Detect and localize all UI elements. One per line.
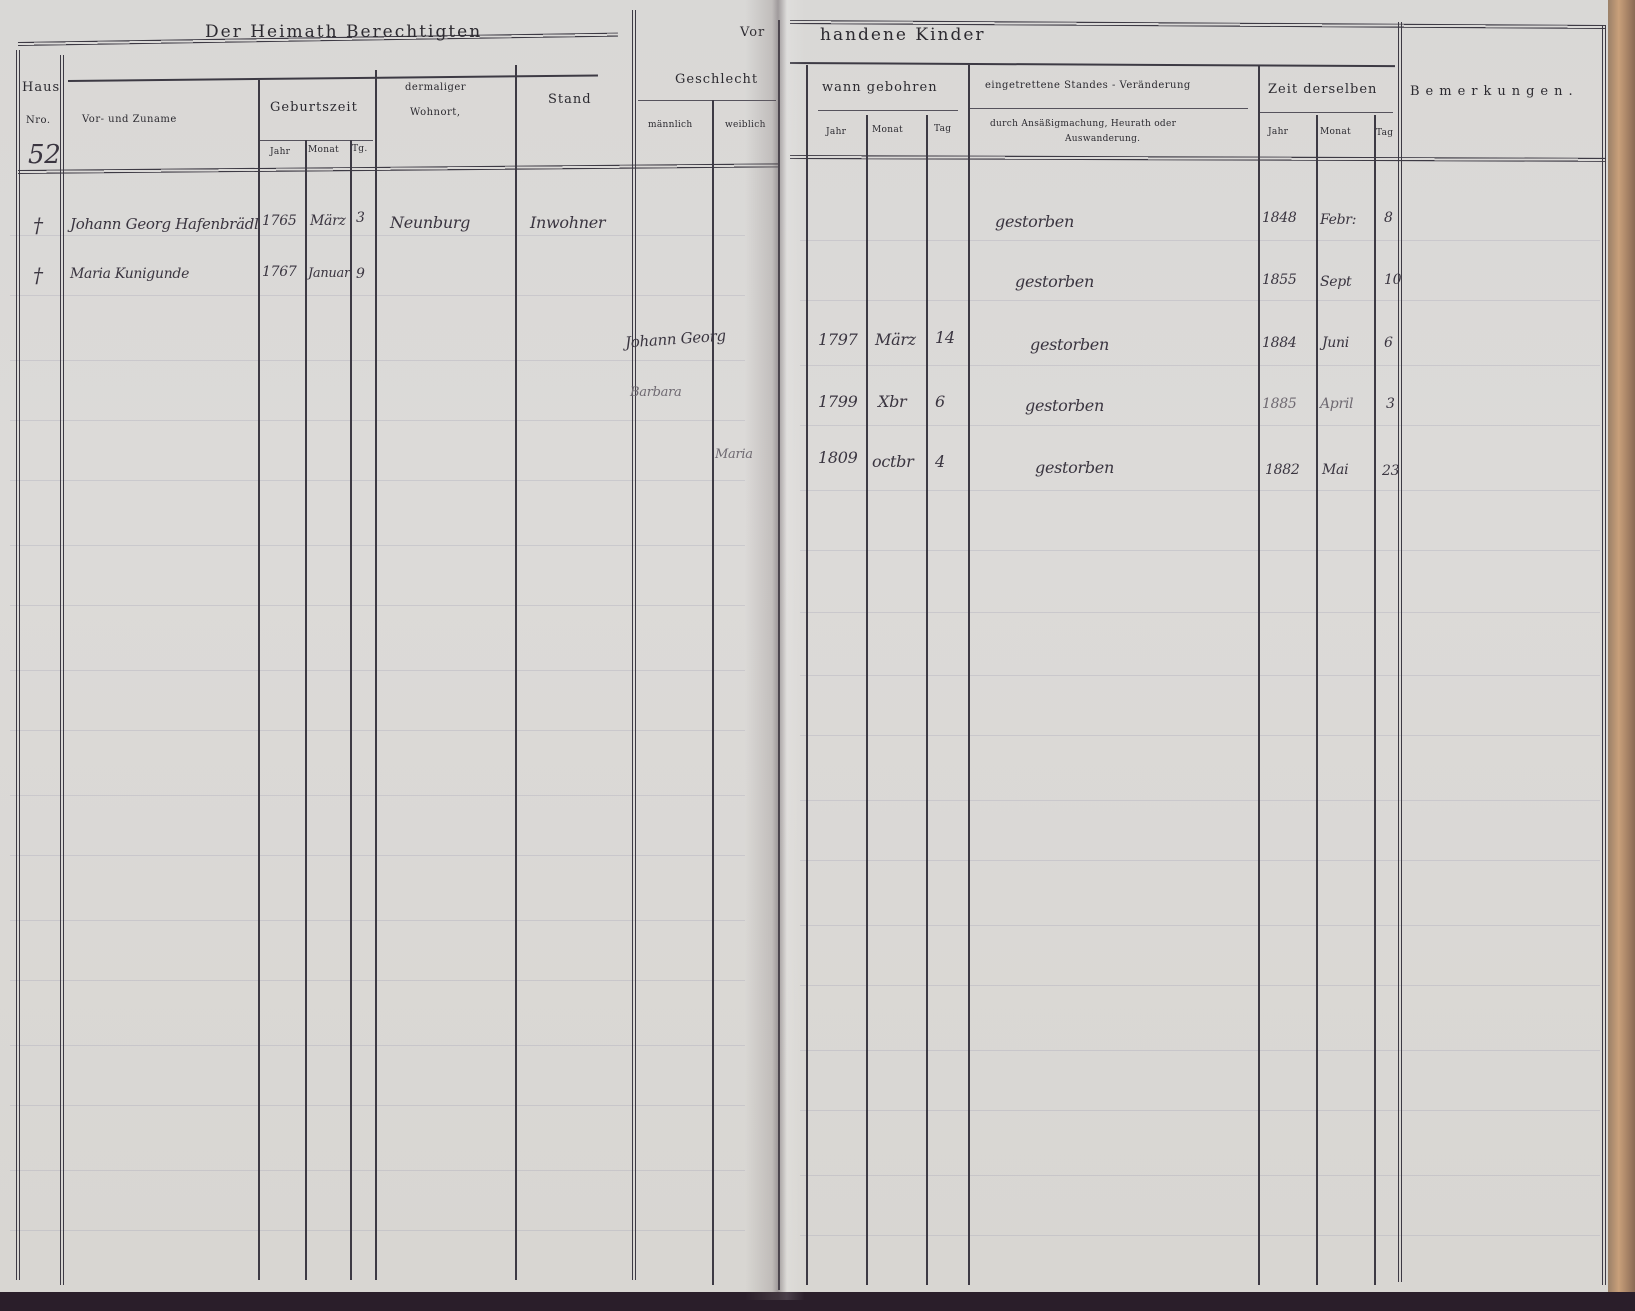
change-year: 1885: [1262, 396, 1296, 412]
header-birth-day: Tg.: [352, 144, 368, 154]
header-male: männlich: [648, 120, 693, 130]
change-month: Sept: [1320, 274, 1351, 290]
born-month: März: [875, 330, 916, 349]
change-text: gestorben: [995, 212, 1074, 231]
header-time-day: Tag: [1376, 128, 1393, 138]
change-text: gestorben: [1030, 335, 1109, 354]
entry-name: Maria Kunigunde: [70, 266, 189, 282]
death-mark: †: [33, 263, 43, 287]
change-text: gestorben: [1035, 458, 1114, 477]
change-month: Juni: [1322, 335, 1349, 351]
change-day: 10: [1384, 272, 1401, 288]
header-haus: Haus: [22, 80, 60, 95]
header-born-day: Tag: [934, 124, 951, 134]
child-name: Barbara: [630, 385, 681, 400]
header-vor: Vor: [740, 25, 765, 40]
change-year: 1882: [1265, 462, 1299, 478]
entry-birth-year: 1765: [262, 213, 296, 229]
entry-birth-month: März: [310, 213, 346, 229]
change-day: 8: [1384, 210, 1393, 226]
entry-name: Johann Georg Hafenbrädl: [70, 215, 259, 233]
change-year: 1848: [1262, 210, 1296, 226]
born-day: 4: [935, 452, 945, 471]
header-change-col: eingetrettene Standes - Veränderung: [985, 80, 1191, 91]
house-number: 52: [28, 140, 60, 170]
change-text: gestorben: [1025, 396, 1104, 415]
header-birth-col: Geburtszeit: [270, 100, 358, 115]
header-born-month: Monat: [872, 125, 903, 135]
change-day: 6: [1384, 335, 1393, 351]
change-year: 1855: [1262, 272, 1296, 288]
change-text: gestorben: [1015, 272, 1094, 291]
change-year: 1884: [1262, 335, 1296, 351]
entry-birth-day: 3: [356, 210, 365, 226]
header-birth-year: Jahr: [270, 147, 290, 157]
header-status-col: Stand: [548, 92, 592, 107]
right-page: [788, 0, 1610, 1300]
entry-residence: Neunburg: [390, 213, 470, 232]
death-mark: †: [33, 213, 43, 237]
change-day: 23: [1382, 463, 1399, 479]
change-month: April: [1320, 396, 1353, 412]
entry-birth-month: Januar: [308, 266, 350, 281]
book-spread: Der Heimath Berechtigten Haus Nro. 52 Vo…: [0, 0, 1635, 1311]
change-month: Mai: [1322, 462, 1348, 478]
header-female: weiblich: [725, 120, 766, 130]
header-nro: Nro.: [26, 115, 51, 126]
header-gender-col: Geschlecht: [675, 72, 758, 87]
change-day: 3: [1386, 396, 1395, 412]
header-change-sub-1: durch Ansäßigmachung, Heurath oder: [990, 119, 1176, 129]
header-remarks-col: Bemerkungen.: [1410, 84, 1579, 99]
entry-status: Inwohner: [530, 213, 605, 232]
section-title-right: handene Kinder: [820, 25, 986, 45]
header-residence-2: Wohnort,: [410, 107, 461, 118]
born-year: 1809: [818, 448, 858, 467]
header-time-month: Monat: [1320, 127, 1351, 137]
born-day: 6: [935, 392, 945, 411]
header-time-year: Jahr: [1268, 127, 1288, 137]
section-title-left: Der Heimath Berechtigten: [205, 22, 482, 42]
born-year: 1799: [818, 392, 858, 411]
header-residence-1: dermaliger: [405, 82, 466, 93]
header-name-col: Vor- und Zuname: [82, 114, 177, 125]
born-month: octbr: [872, 452, 913, 471]
child-name: Maria: [715, 447, 753, 462]
left-page: [0, 0, 795, 1296]
header-birth-month: Monat: [308, 145, 339, 155]
header-time-col: Zeit derselben: [1268, 82, 1377, 97]
header-born-year: Jahr: [826, 127, 846, 137]
entry-birth-year: 1767: [262, 264, 296, 280]
born-year: 1797: [818, 330, 858, 349]
born-month: Xbr: [878, 392, 906, 411]
born-day: 14: [935, 328, 955, 347]
header-change-sub-2: Auswanderung.: [1065, 134, 1140, 144]
header-born-col: wann gebohren: [822, 80, 938, 95]
change-month: Febr:: [1320, 212, 1356, 228]
entry-birth-day: 9: [356, 266, 365, 282]
book-edge: [1608, 0, 1635, 1311]
book-bottom-shadow: [0, 1292, 1635, 1311]
